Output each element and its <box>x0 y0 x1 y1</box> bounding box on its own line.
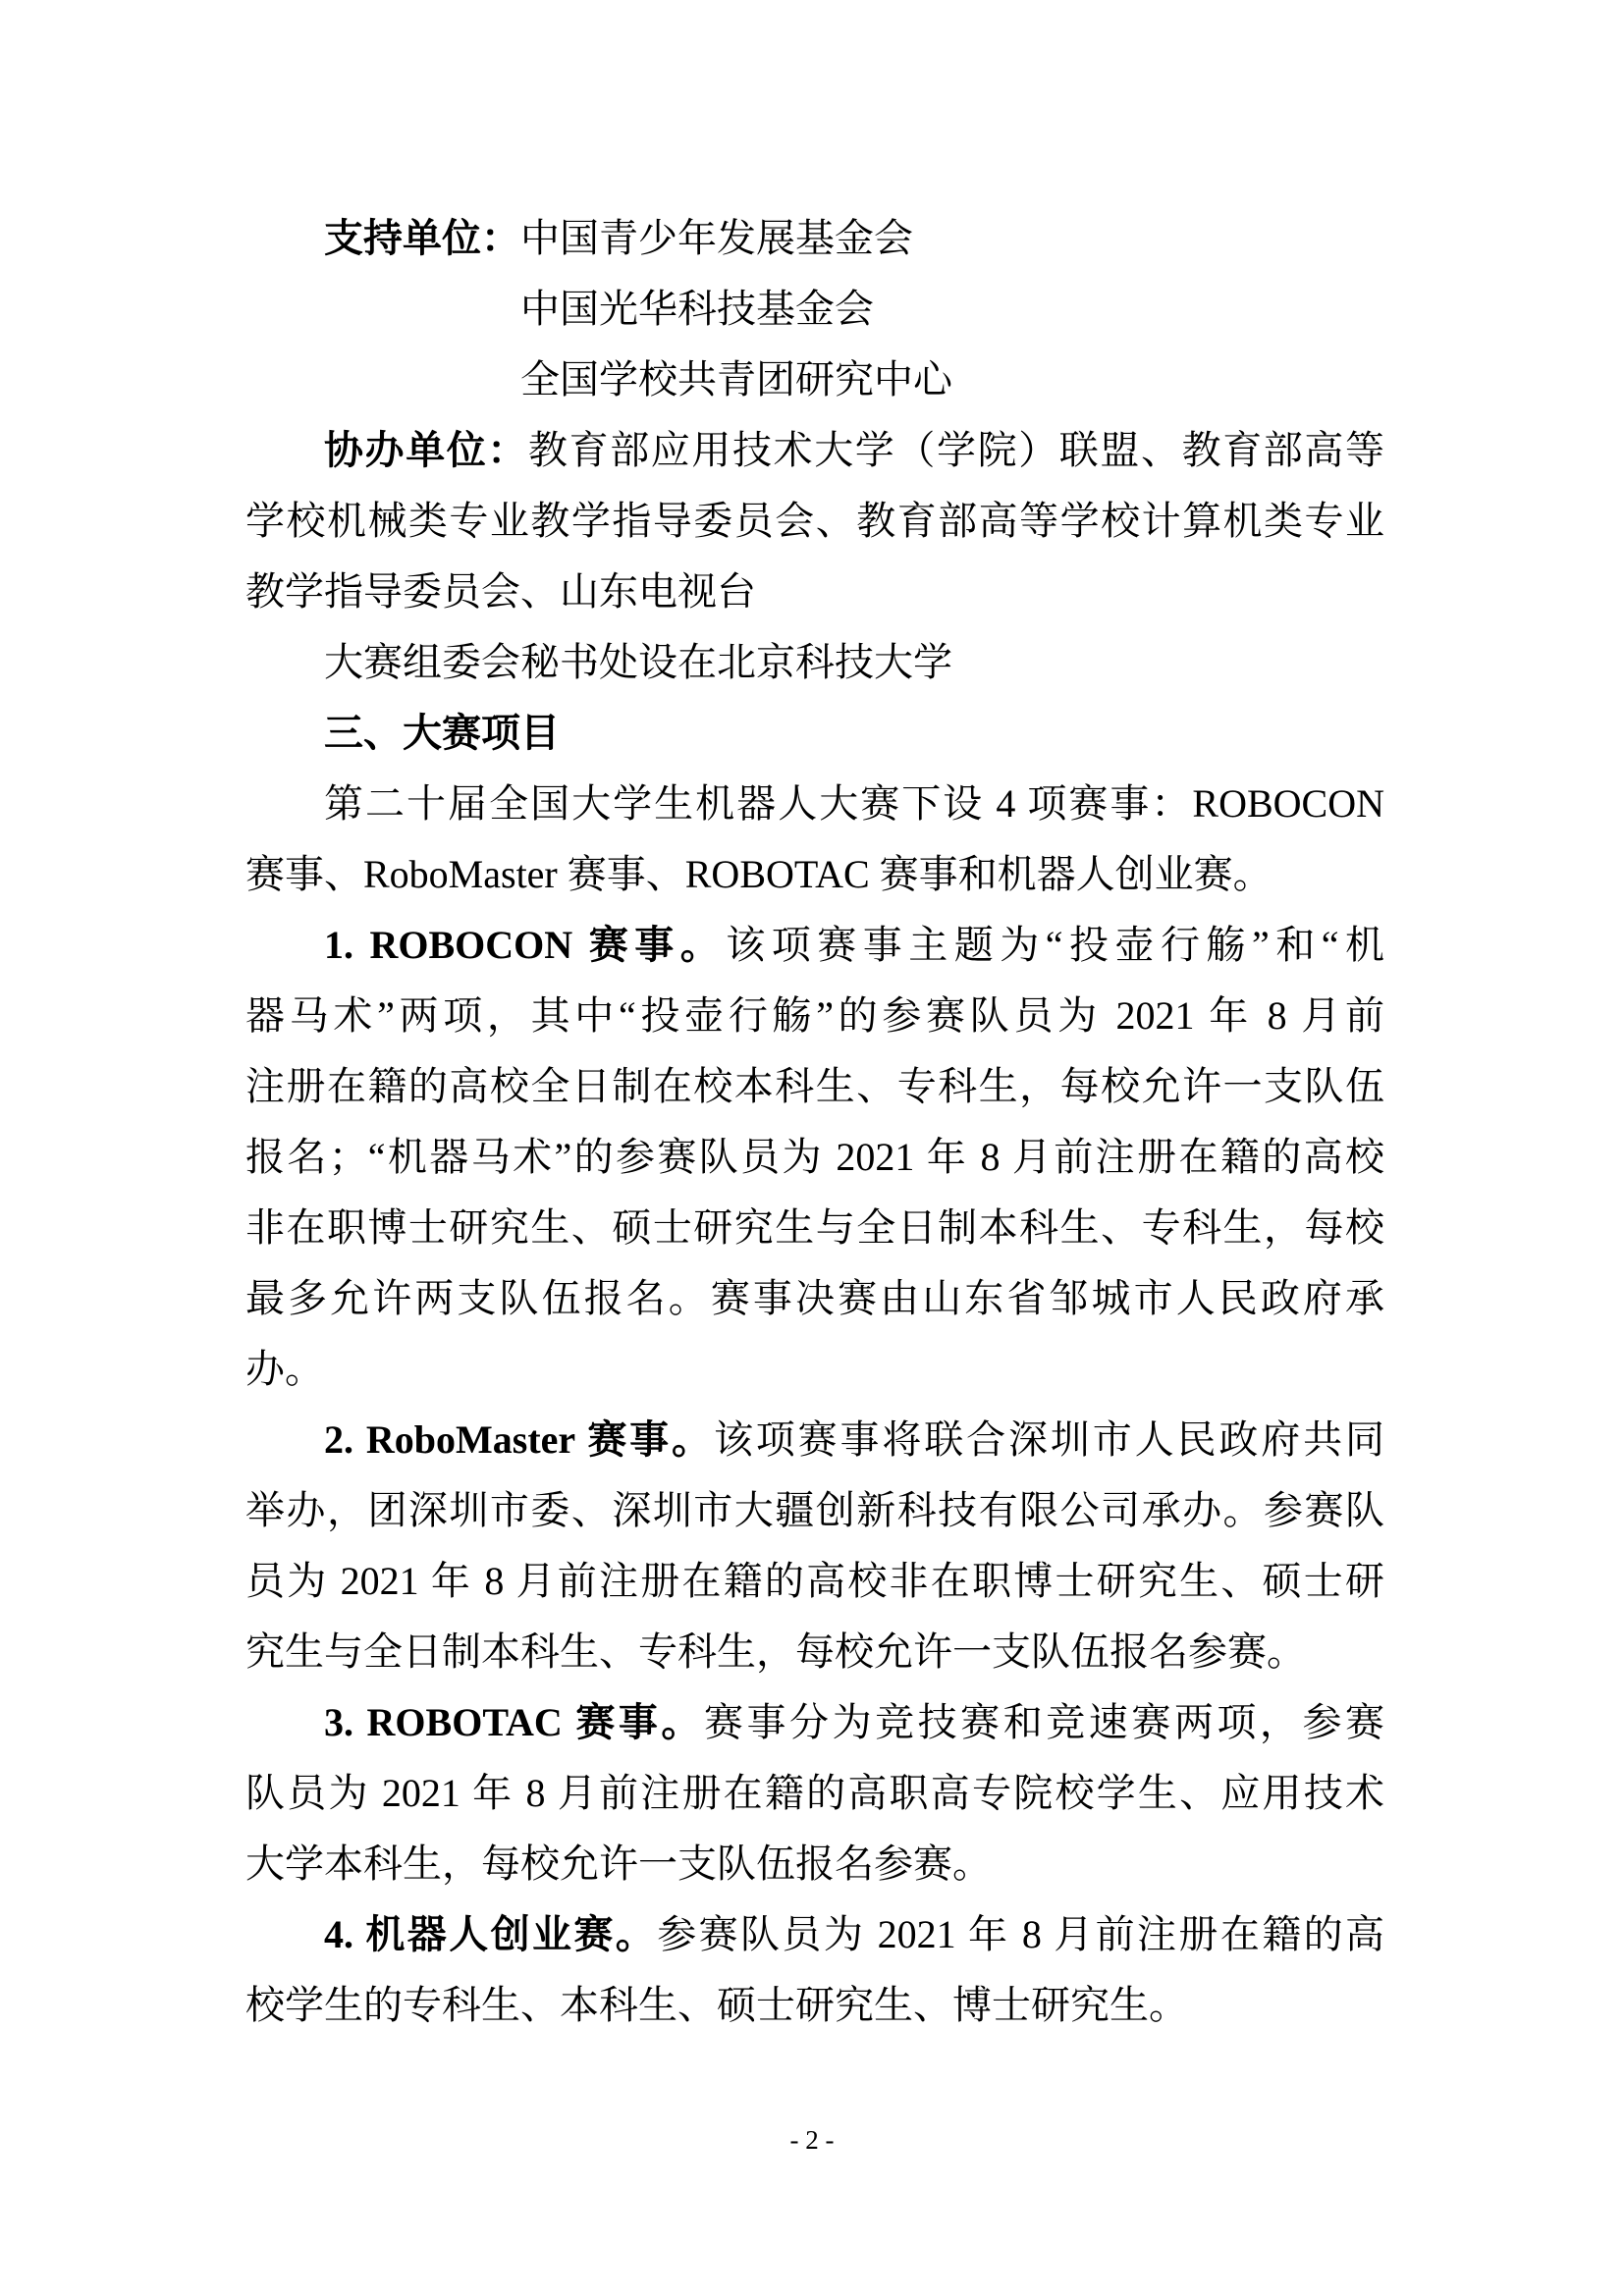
co-organizers-label: 协办单位： <box>324 429 528 472</box>
item2-line-1: 2. RoboMaster 赛事。该项赛事将联合深圳市人民政府共同 <box>245 1405 1384 1475</box>
item1-line-1: 1. ROBOCON 赛事。该项赛事主题为“投壶行觞”和“机 <box>245 910 1384 981</box>
secretariat-line: 大赛组委会秘书处设在北京科技大学 <box>245 627 1384 698</box>
item4-text-1: 参赛队员为 2021 年 8 月前注册在籍的高 <box>657 1912 1384 1956</box>
section-heading: 三、大赛项目 <box>245 698 1384 769</box>
item2-title: 赛事。 <box>587 1418 714 1462</box>
page-number: - 2 - <box>0 2120 1624 2160</box>
supporters-label: 支持单位： <box>324 217 520 260</box>
item1-title: 赛事。 <box>589 924 727 967</box>
item1-text-5: 非在职博士研究生、硕士研究生与全日制本科生、专科生，每校 <box>245 1193 1384 1263</box>
item1-number: 1. ROBOCON <box>324 923 589 967</box>
co-organizers-text-1: 教育部应用技术大学（学院）联盟、教育部高等 <box>528 428 1384 472</box>
item3-line-1: 3. ROBOTAC 赛事。赛事分为竞技赛和竞速赛两项，参赛 <box>245 1687 1384 1758</box>
document-body: 支持单位：中国青少年发展基金会 中国光华科技基金会 全国学校共青团研究中心 协办… <box>245 203 1384 2041</box>
item3-number: 3. ROBOTAC <box>324 1700 575 1744</box>
item1-text-4: 报名；“机器马术”的参赛队员为 2021 年 8 月前注册在籍的高校 <box>245 1122 1384 1193</box>
item2-number: 2. RoboMaster <box>324 1417 587 1462</box>
item2-text-2: 举办，团深圳市委、深圳市大疆创新科技有限公司承办。参赛队 <box>245 1475 1384 1546</box>
item4-line-1: 4. 机器人创业赛。参赛队员为 2021 年 8 月前注册在籍的高 <box>245 1899 1384 1970</box>
document-page: 支持单位：中国青少年发展基金会 中国光华科技基金会 全国学校共青团研究中心 协办… <box>0 0 1624 2296</box>
item3-title: 赛事。 <box>575 1701 704 1744</box>
item2-text-4: 究生与全日制本科生、专科生，每校允许一支队伍报名参赛。 <box>245 1617 1384 1687</box>
item1-text-1: 该项赛事主题为“投壶行觞”和“机 <box>726 923 1384 967</box>
item1-text-7: 办。 <box>245 1334 1384 1405</box>
item4-title: 机器人创业赛。 <box>365 1913 657 1956</box>
item4-number: 4. <box>324 1912 365 1956</box>
co-organizers-line-1: 协办单位：教育部应用技术大学（学院）联盟、教育部高等 <box>245 415 1384 486</box>
intro-line-1: 第二十届全国大学生机器人大赛下设 4 项赛事：ROBOCON <box>245 769 1384 839</box>
item1-text-2: 器马术”两项，其中“投壶行觞”的参赛队员为 2021 年 8 月前 <box>245 981 1384 1051</box>
section-heading-text: 三、大赛项目 <box>324 712 560 755</box>
co-organizers-text-2: 学校机械类专业教学指导委员会、教育部高等学校计算机类专业 <box>245 486 1384 557</box>
item4-text-2: 校学生的专科生、本科生、硕士研究生、博士研究生。 <box>245 1970 1384 2041</box>
item2-text-3: 员为 2021 年 8 月前注册在籍的高校非在职博士研究生、硕士研 <box>245 1546 1384 1617</box>
supporter-name-2: 中国光华科技基金会 <box>245 274 1384 345</box>
item3-text-1: 赛事分为竞技赛和竞速赛两项，参赛 <box>704 1700 1384 1744</box>
item3-text-2: 队员为 2021 年 8 月前注册在籍的高职高专院校学生、应用技术 <box>245 1758 1384 1829</box>
intro-line-2: 赛事、RoboMaster 赛事、ROBOTAC 赛事和机器人创业赛。 <box>245 839 1384 910</box>
co-organizers-text-3: 教学指导委员会、山东电视台 <box>245 557 1384 627</box>
item3-text-3: 大学本科生，每校允许一支队伍报名参赛。 <box>245 1829 1384 1899</box>
supporter-name-3: 全国学校共青团研究中心 <box>245 345 1384 415</box>
supporters-line-1: 支持单位：中国青少年发展基金会 <box>245 203 1384 274</box>
item1-text-3: 注册在籍的高校全日制在校本科生、专科生，每校允许一支队伍 <box>245 1051 1384 1122</box>
item2-text-1: 该项赛事将联合深圳市人民政府共同 <box>714 1417 1384 1462</box>
supporter-name-1: 中国青少年发展基金会 <box>520 216 913 260</box>
item1-text-6: 最多允许两支队伍报名。赛事决赛由山东省邹城市人民政府承 <box>245 1263 1384 1334</box>
